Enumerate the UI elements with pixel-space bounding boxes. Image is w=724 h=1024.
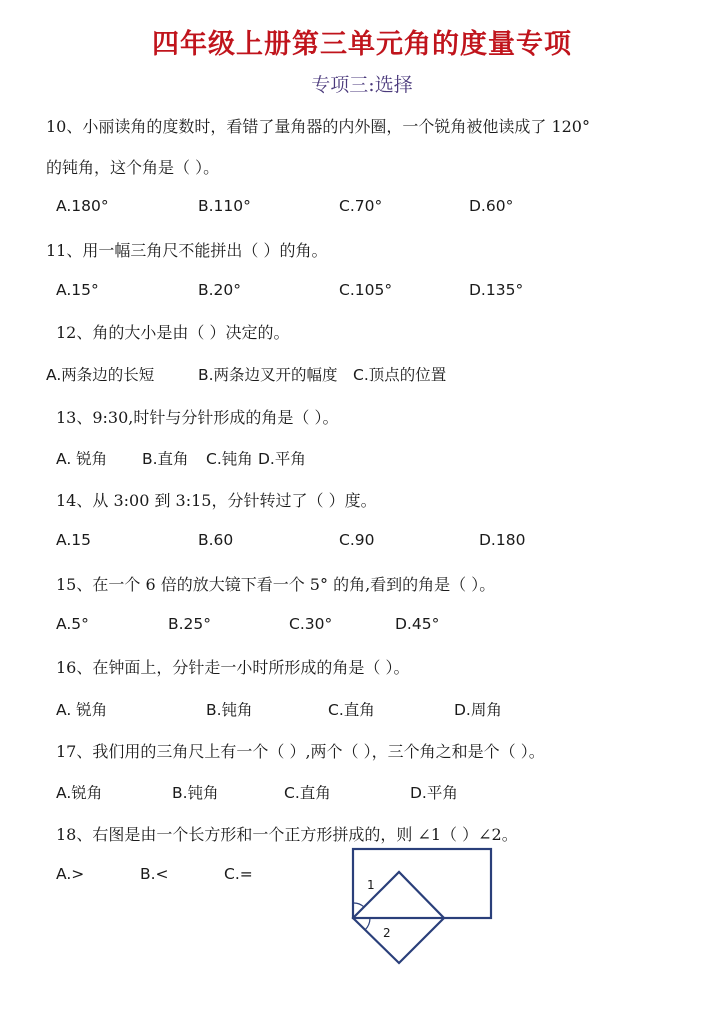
option-a: A.5° [56,615,89,633]
option-a: A.> [56,865,84,883]
option-d: D.45° [395,615,439,633]
option-b: B.两条边叉开的幅度 [198,363,338,385]
option-d: D.平角 [410,781,458,803]
angle-1-arc [353,903,364,907]
option-b: B.25° [168,615,211,633]
question-14-line-1: 14、从 3:00 到 3:15，分针转过了（ ）度。 [56,488,377,511]
option-c: C.= [224,865,253,883]
question-15-line-1: 15、在一个 6 倍的放大镜下看一个 5° 的角,看到的角是（ ）。 [56,572,495,595]
question-16-line-1: 16、在钟面上，分针走一小时所形成的角是（ ）。 [56,655,409,678]
option-c: C.直角 [328,698,375,720]
option-c: C.90 [339,531,374,549]
question-12-line-1: 12、角的大小是由（ ）决定的。 [56,320,289,343]
option-c: C.顶点的位置 [353,363,446,385]
option-a: A.两条边的长短 [46,363,154,385]
option-b: B.直角 [142,447,189,469]
option-a: A.15 [56,531,91,549]
option-b: B.60 [198,531,233,549]
option-b: B.钝角 [172,781,219,803]
option-a: A. 锐角 [56,447,107,469]
option-c: C.30° [289,615,332,633]
option-c: C.直角 [284,781,331,803]
option-d: D.周角 [454,698,502,720]
question-10-line-1: 10、小丽读角的度数时，看错了量角器的内外圈，一个锐角被他读成了 120° [46,114,590,137]
option-d: D.180 [479,531,525,549]
section-subtitle: 专项三:选择 [0,70,724,97]
option-d: D.135° [469,281,523,299]
geometry-diagram: 1 2 [340,840,510,974]
option-a: A.15° [56,281,99,299]
option-b: B.20° [198,281,241,299]
option-b: B.110° [198,197,251,215]
worksheet-title: 四年级上册第三单元角的度量专项 [0,22,724,61]
angle-1-label: 1 [367,878,375,892]
option-a: A.锐角 [56,781,102,803]
angle-2-arc [365,918,370,930]
option-b: B.< [140,865,169,883]
option-c: C.70° [339,197,382,215]
option-a: A. 锐角 [56,698,107,720]
option-c: C.105° [339,281,392,299]
question-11-line-1: 11、用一幅三角尺不能拼出（ ）的角。 [46,238,327,261]
option-d: D.平角 [258,447,306,469]
angle-2-label: 2 [383,926,391,940]
question-17-line-1: 17、我们用的三角尺上有一个（ ）,两个（ ），三个角之和是个（ ）。 [56,739,545,762]
question-13-line-1: 13、9:30,时针与分针形成的角是（ ）。 [56,405,338,428]
option-b: B.钝角 [206,698,253,720]
question-10-line-2: 的钝角，这个角是（ ）。 [46,155,219,178]
option-c: C.钝角 [206,447,253,469]
option-a: A.180° [56,197,109,215]
option-d: D.60° [469,197,513,215]
